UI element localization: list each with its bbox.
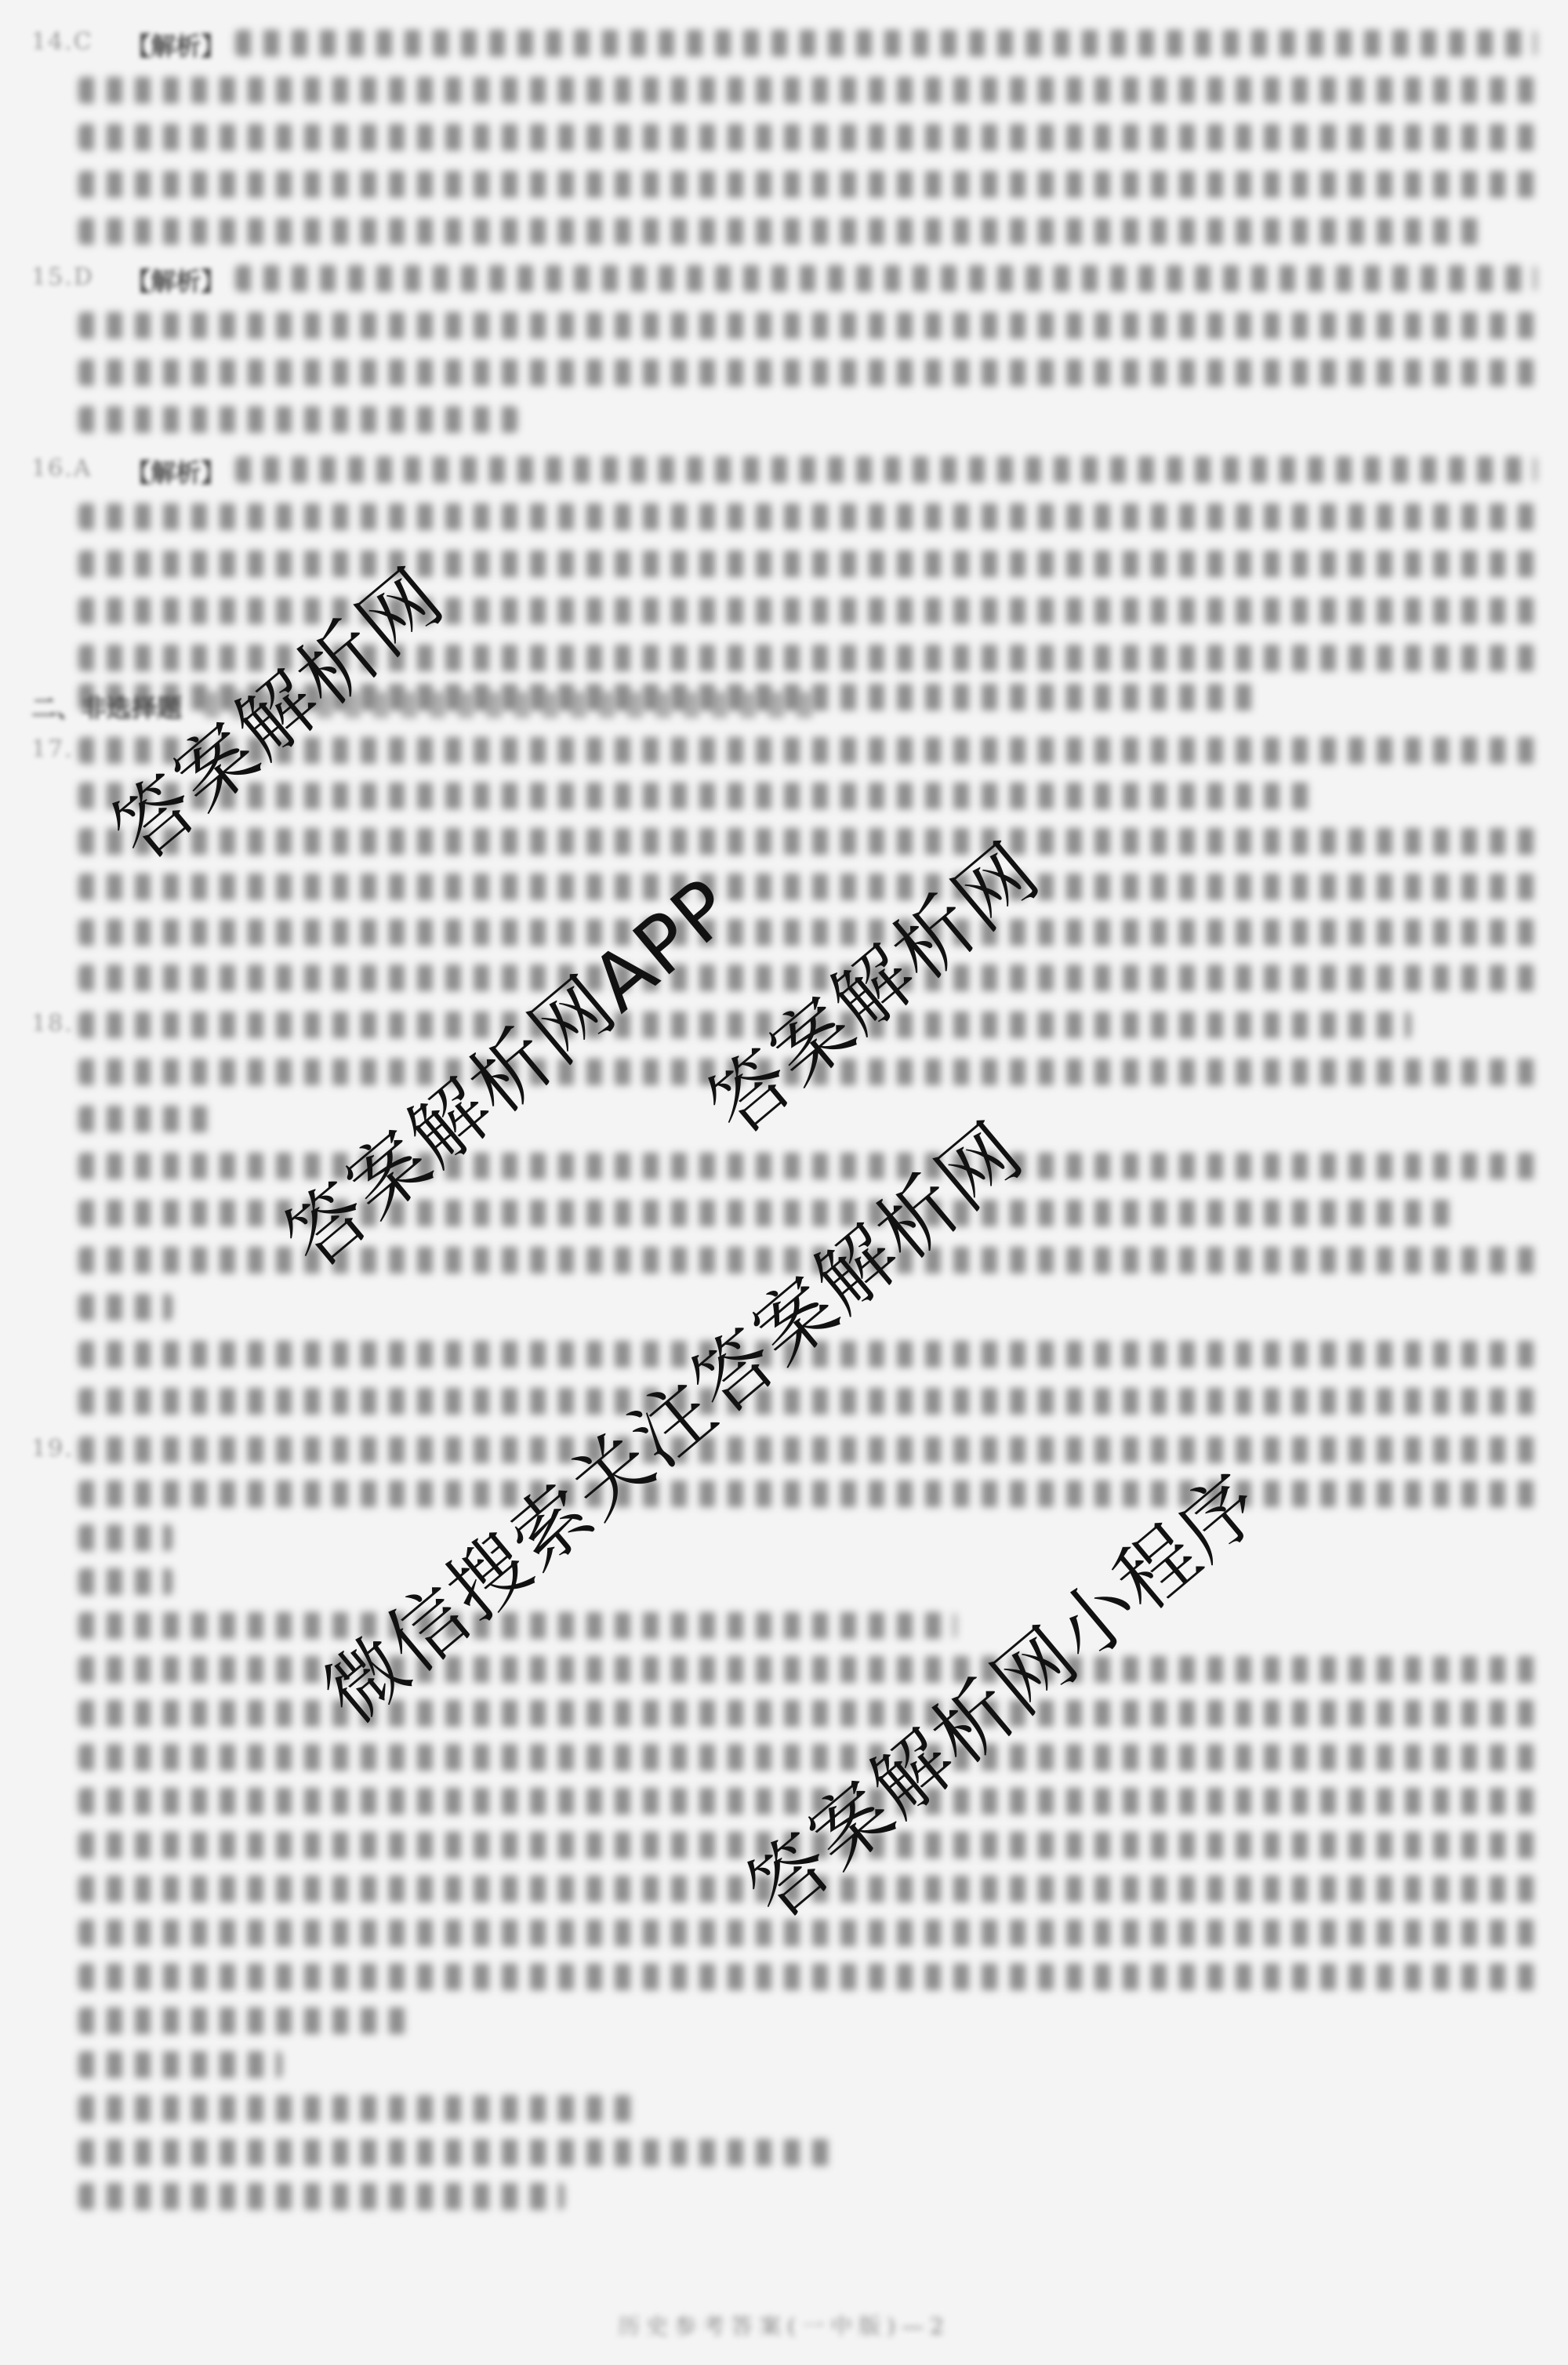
text-line xyxy=(78,1700,1537,1727)
text-line xyxy=(78,2007,408,2034)
text-line xyxy=(78,550,1537,577)
answer-sheet-page: 14.C 【解析】 15.D 【解析】 16.A 【解析】 二、非选择题 17.… xyxy=(0,0,1568,2365)
question-number-19: 19. xyxy=(31,1435,74,1462)
text-line xyxy=(78,1964,1537,1990)
text-line xyxy=(78,124,1537,151)
question-number-16: 16.A xyxy=(31,455,92,482)
question-number-18: 18. xyxy=(31,1010,74,1037)
text-line xyxy=(78,1524,172,1551)
text-line xyxy=(78,1388,1537,1415)
text-line xyxy=(78,1568,172,1595)
text-line xyxy=(78,171,1537,198)
text-line xyxy=(78,312,1537,339)
text-line xyxy=(78,77,1537,104)
text-line xyxy=(78,1294,172,1321)
text-line xyxy=(78,1744,1537,1771)
watermark-5: 答案解析网小程序 xyxy=(719,1442,1282,1940)
section-header: 二、非选择题 xyxy=(31,688,182,725)
text-line xyxy=(78,2139,831,2166)
text-line xyxy=(235,265,1537,292)
text-line xyxy=(78,218,1490,245)
text-line xyxy=(78,919,1537,946)
text-line xyxy=(78,1480,1537,1507)
page-footer: 历史参考答案(一中版)—2 xyxy=(0,2309,1568,2341)
text-line xyxy=(78,359,1537,386)
question-number-15: 15.D xyxy=(31,263,94,291)
analysis-tag-15: 【解析】 xyxy=(125,262,226,298)
analysis-tag-16: 【解析】 xyxy=(125,453,226,489)
text-line xyxy=(78,1656,1537,1683)
text-line xyxy=(78,2095,643,2122)
text-line xyxy=(78,2051,282,2078)
text-line xyxy=(78,2183,564,2210)
question-number-17: 17. xyxy=(31,736,74,763)
text-line xyxy=(78,503,1537,530)
text-line xyxy=(78,828,1537,855)
text-line xyxy=(78,406,517,433)
text-line xyxy=(78,1437,1537,1463)
analysis-tag-14: 【解析】 xyxy=(125,27,226,63)
text-line xyxy=(235,456,1537,483)
text-line xyxy=(78,874,1537,900)
question-number-14: 14.C xyxy=(31,28,93,56)
text-line xyxy=(78,1106,220,1132)
text-line xyxy=(235,30,1537,56)
